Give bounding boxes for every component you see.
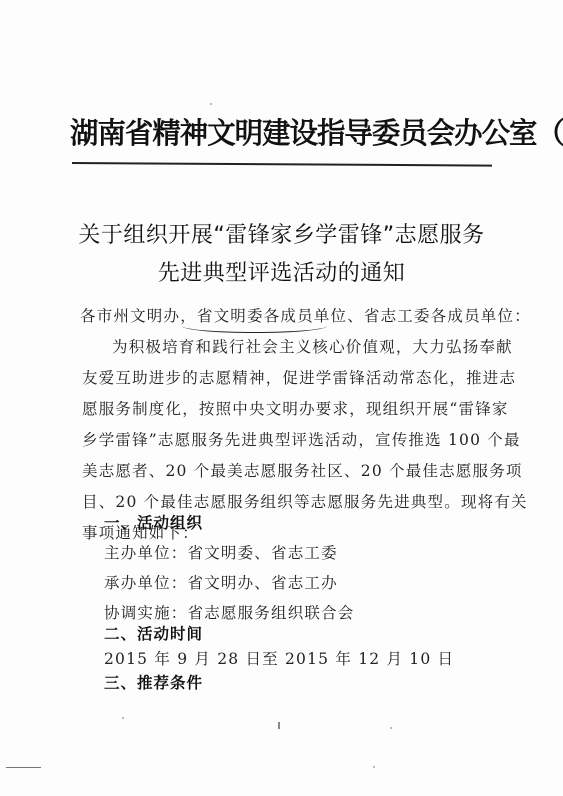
scan-speck [210, 103, 212, 105]
scan-speck [122, 717, 124, 719]
section-heading-1: 一、活动组织 [104, 513, 203, 533]
scan-speck [373, 766, 375, 768]
section-line: 承办单位：省文明办、省志工办 [104, 573, 338, 593]
page-mark [278, 722, 280, 729]
body-line: 乡学雷锋”志愿服务先进典型评选活动，宣传推选 100 个最 [82, 430, 521, 450]
scan-speck [390, 727, 392, 729]
handwritten-underline [182, 326, 327, 333]
header-divider [72, 162, 492, 167]
body-line: 友爱互助进步的志愿精神，促进学雷锋活动常态化，推进志 [82, 368, 516, 388]
section-line: 2015 年 9 月 28 日至 2015 年 12 月 10 日 [104, 649, 454, 669]
section-heading-3: 三、推荐条件 [104, 673, 203, 693]
section-line: 协调实施：省志愿服务组织联合会 [104, 603, 355, 623]
body-line: 目、20 个最佳志愿服务组织等志愿服务先进典型。现将有关 [82, 492, 528, 512]
document-title-line-1: 关于组织开展“雷锋家乡学雷锋”志愿服务 [60, 218, 503, 249]
body-line: 美志愿者、20 个最美志愿服务社区、20 个最佳志愿服务项 [82, 461, 523, 481]
section-line: 主办单位：省文明委、省志工委 [104, 543, 338, 563]
section-heading-2: 二、活动时间 [104, 624, 203, 644]
document-title-line-2: 先进典型评选活动的通知 [60, 256, 503, 287]
salutation: 各市州文明办，省文明委各成员单位、省志工委各成员单位： [80, 306, 531, 326]
scan-artifact-line [6, 767, 41, 768]
body-line: 愿服务制度化，按照中央文明办要求，现组织开展“雷锋家 [82, 399, 509, 419]
issuer-header: 湖南省精神文明建设指导委员会办公室（ ） [70, 108, 491, 158]
body-line: 为积极培育和践行社会主义核心价值观，大力弘扬奉献 [112, 337, 513, 357]
